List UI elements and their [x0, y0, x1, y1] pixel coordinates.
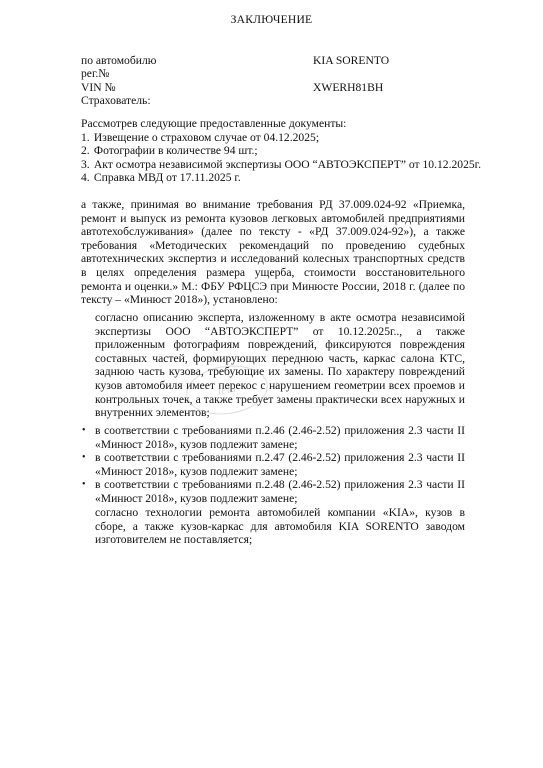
document-title: ЗАКЛЮЧЕНИЕ [0, 13, 543, 27]
list-number: 2. [81, 144, 91, 158]
list-item: 1. Извещение о страховом случае от 04.12… [81, 131, 481, 145]
meta-label: Страхователь: [81, 94, 313, 107]
documents-list-section: Рассмотрев следующие предоставленные док… [81, 117, 481, 185]
meta-value: XWERH81BH [313, 81, 383, 94]
requirements-paragraph: а также, принимая во внимание требования… [81, 198, 465, 307]
vehicle-info: по автомобилю KIA SORENTO рег.№ VIN № XW… [81, 54, 481, 107]
bullet-item: • в соответствии с требованиями п.2.48 (… [82, 478, 465, 505]
list-item: 4. Справка МВД от 17.11.2025 г. [81, 171, 481, 185]
bullet-icon: • [82, 478, 95, 505]
bullet-icon: • [82, 424, 95, 451]
expert-findings-paragraph: согласно описанию эксперта, изложенному … [95, 311, 465, 420]
list-number: 1. [81, 131, 91, 145]
meta-row-reg: рег.№ [81, 67, 481, 80]
list-text: Фотографии в количестве 94 шт.; [94, 144, 258, 158]
meta-row-vin: VIN № XWERH81BH [81, 81, 481, 94]
documents-list: 1. Извещение о страховом случае от 04.12… [81, 131, 481, 185]
list-text: Извещение о страховом случае от 04.12.20… [94, 131, 319, 145]
list-item: 2. Фотографии в количестве 94 шт.; [81, 144, 481, 158]
list-text: Справка МВД от 17.11.2025 г. [94, 171, 241, 185]
bullet-text: в соответствии с требованиями п.2.46 (2.… [95, 424, 465, 451]
bullet-icon: • [82, 451, 95, 478]
meta-row-insured: Страхователь: [81, 94, 481, 107]
documents-intro: Рассмотрев следующие предоставленные док… [81, 117, 481, 131]
bullet-item: • в соответствии с требованиями п.2.46 (… [82, 424, 465, 451]
list-number: 3. [81, 158, 91, 172]
bullet-text: в соответствии с требованиями п.2.48 (2.… [95, 478, 465, 505]
list-number: 4. [81, 171, 91, 185]
meta-label: VIN № [81, 81, 313, 94]
meta-label: рег.№ [81, 67, 313, 80]
bullet-text: в соответствии с требованиями п.2.47 (2.… [95, 451, 465, 478]
list-text: Акт осмотра независимой экспертизы ООО “… [94, 158, 481, 172]
meta-row-vehicle: по автомобилю KIA SORENTO [81, 54, 481, 67]
bullet-item: • в соответствии с требованиями п.2.47 (… [82, 451, 465, 478]
meta-value: KIA SORENTO [313, 54, 389, 67]
document-page: ЗАКЛЮЧЕНИЕ по автомобилю KIA SORENTO рег… [0, 0, 543, 768]
list-item: 3. Акт осмотра независимой экспертизы ОО… [81, 158, 481, 172]
manufacturer-paragraph: согласно технологии ремонта автомобилей … [95, 506, 465, 547]
meta-label: по автомобилю [81, 54, 313, 67]
requirements-bullets: • в соответствии с требованиями п.2.46 (… [82, 424, 465, 506]
